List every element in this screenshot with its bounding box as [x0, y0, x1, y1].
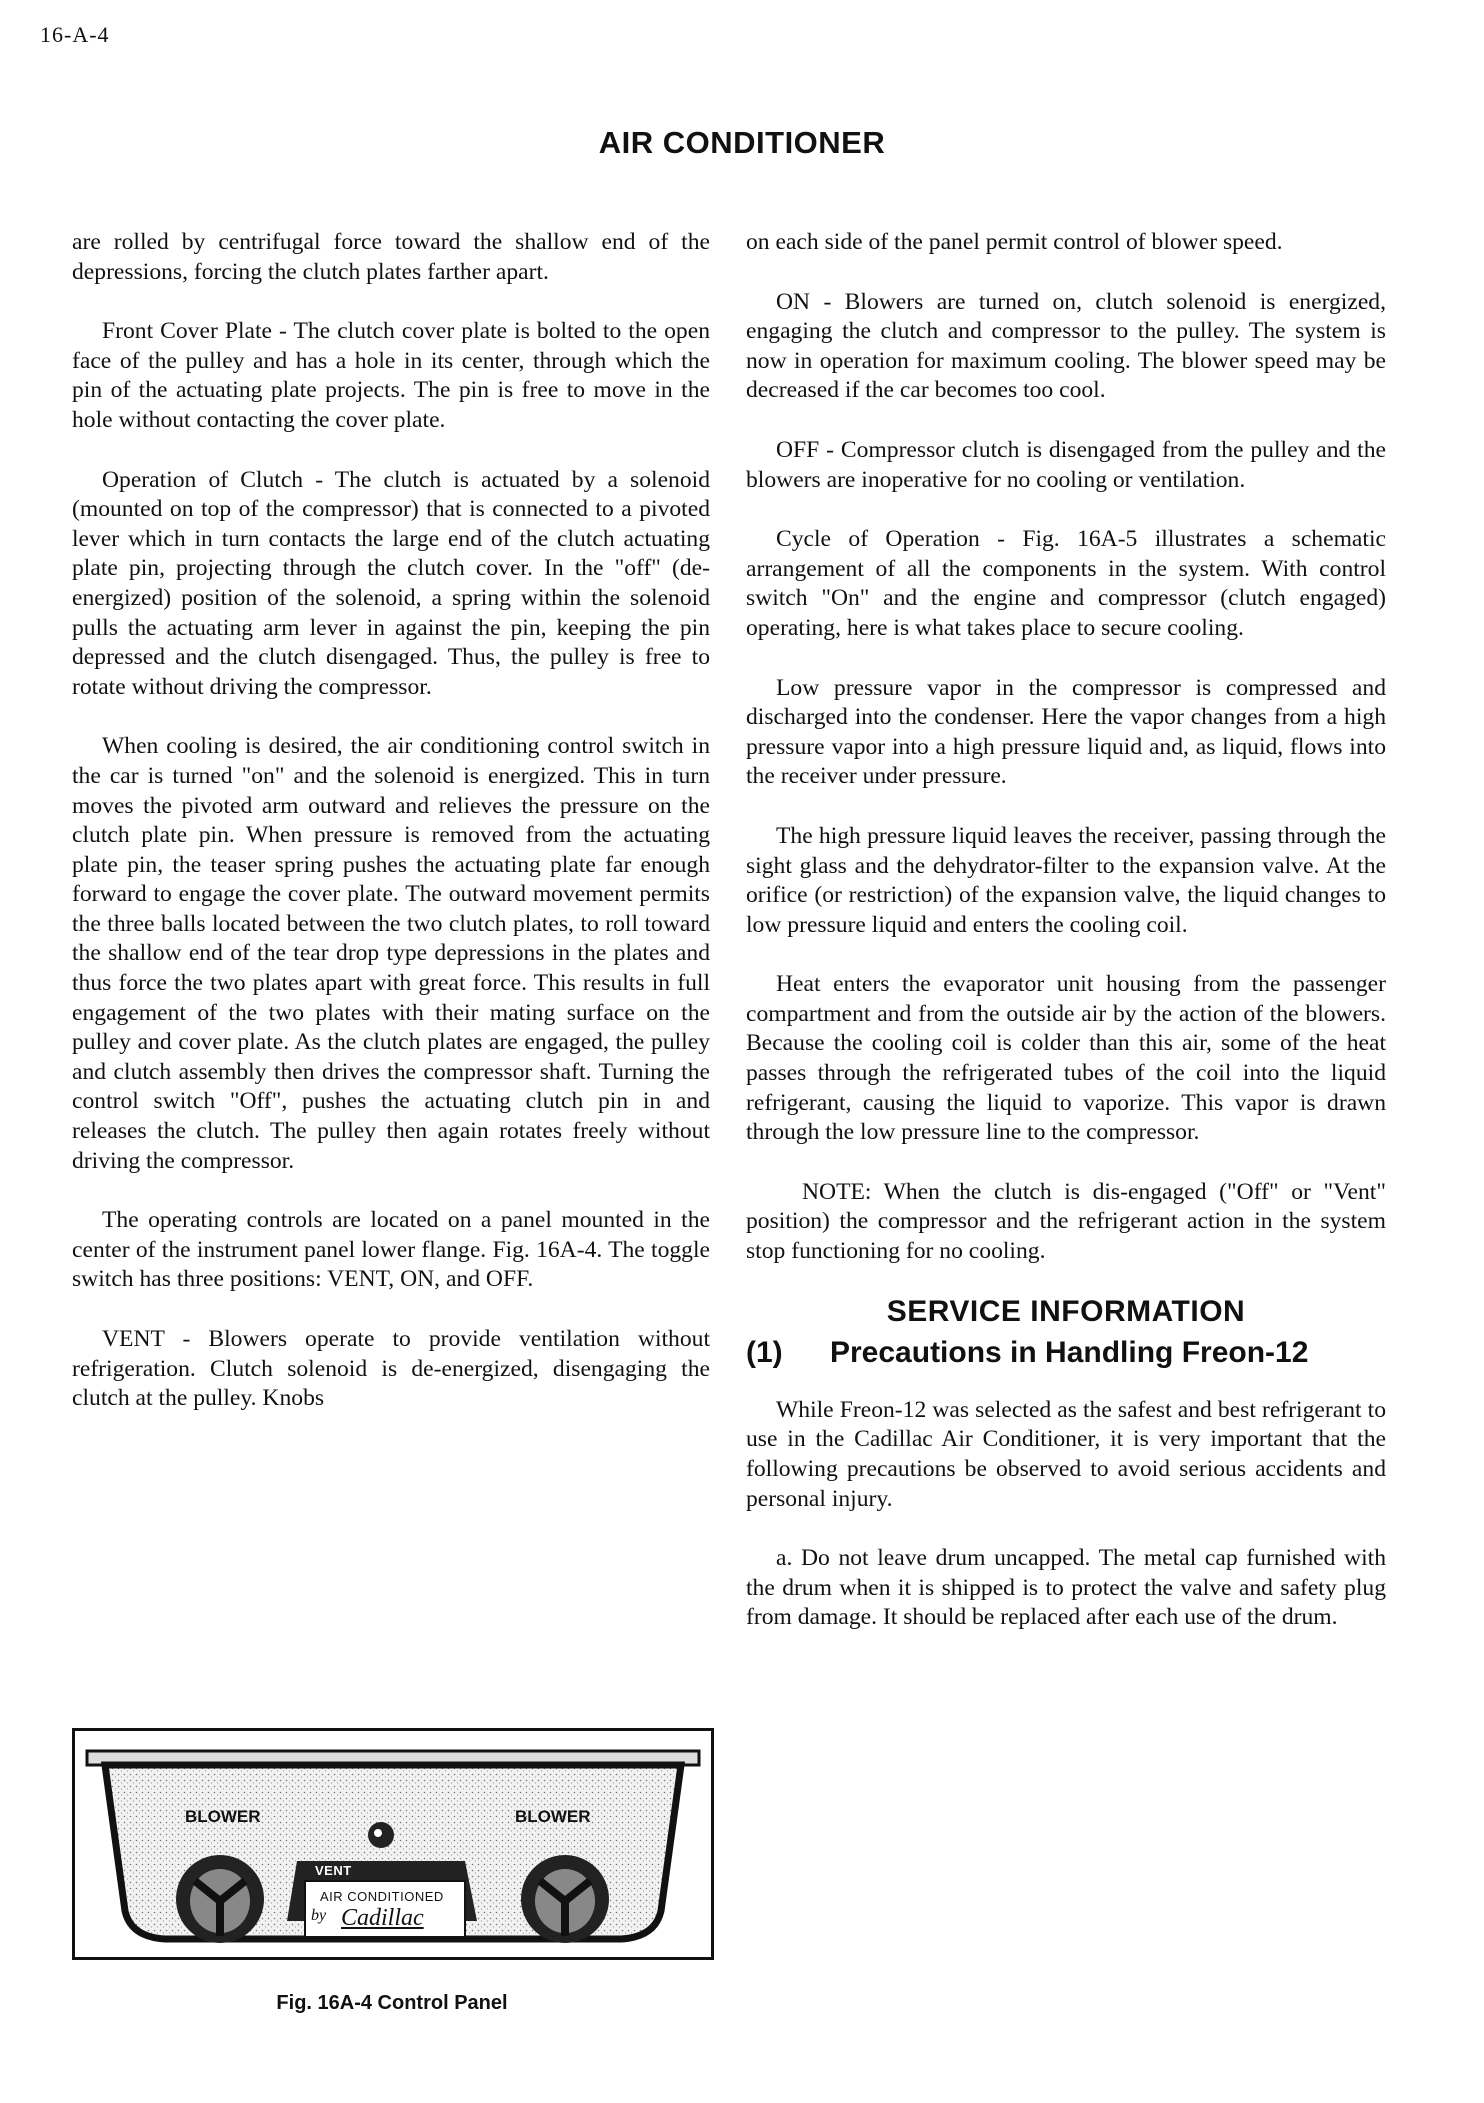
page-number: 16-A-4 [40, 22, 110, 48]
paragraph-clutch-balls: are rolled by centrifugal force toward t… [72, 228, 710, 287]
section-heading-service-information: SERVICE INFORMATION [746, 1297, 1386, 1327]
left-column: are rolled by centrifugal force toward t… [72, 228, 710, 1444]
right-column: on each side of the panel permit control… [746, 228, 1386, 1663]
blower-label-right: BLOWER [515, 1807, 591, 1827]
subsection-heading-freon-precautions: (1) Precautions in Handling Freon-12 [746, 1338, 1386, 1368]
nameplate-by: by [311, 1907, 326, 1925]
blower-label-left: BLOWER [185, 1807, 261, 1827]
figure-frame: BLOWER BLOWER VENT AIR CONDITIONED by Ca… [72, 1728, 714, 1960]
paragraph-freon-intro: While Freon-12 was selected as the safes… [746, 1396, 1386, 1514]
paragraph-on: ON - Blowers are turned on, clutch solen… [746, 288, 1386, 406]
figure-control-panel: BLOWER BLOWER VENT AIR CONDITIONED by Ca… [72, 1728, 712, 2028]
paragraph-low-pressure-vapor: Low pressure vapor in the compressor is … [746, 674, 1386, 792]
paragraph-cooling-desired: When cooling is desired, the air conditi… [72, 732, 710, 1176]
subsection-title: Precautions in Handling Freon-12 [830, 1338, 1308, 1368]
paragraph-operation-of-clutch: Operation of Clutch - The clutch is actu… [72, 466, 710, 703]
blower-knob-right [521, 1855, 609, 1943]
paragraph-operating-controls: The operating controls are located on a … [72, 1206, 710, 1295]
paragraph-high-pressure-liquid: The high pressure liquid leaves the rece… [746, 822, 1386, 940]
paragraph-front-cover-plate: Front Cover Plate - The clutch cover pla… [72, 317, 710, 435]
paragraph-vent: VENT - Blowers operate to provide ventil… [72, 1325, 710, 1414]
figure-caption: Fig. 16A-4 Control Panel [72, 1992, 712, 2015]
paragraph-off: OFF - Compressor clutch is disengaged fr… [746, 436, 1386, 495]
note-clutch-disengaged: NOTE: When the clutch is dis-engaged ("O… [746, 1178, 1386, 1267]
vent-switch-label: VENT [315, 1863, 352, 1878]
paragraph-blower-speed: on each side of the panel permit control… [746, 228, 1386, 258]
nameplate-brand: Cadillac [341, 1905, 424, 1932]
paragraph-cycle-of-operation: Cycle of Operation - Fig. 16A-5 illustra… [746, 525, 1386, 643]
paragraph-drum-uncapped: a. Do not leave drum uncapped. The metal… [746, 1544, 1386, 1633]
nameplate-text: AIR CONDITIONED [320, 1889, 444, 1904]
blower-knob-left [176, 1855, 264, 1943]
page-title: AIR CONDITIONER [0, 125, 1484, 161]
paragraph-heat-enters: Heat enters the evaporator unit housing … [746, 970, 1386, 1148]
subsection-number: (1) [746, 1338, 830, 1368]
